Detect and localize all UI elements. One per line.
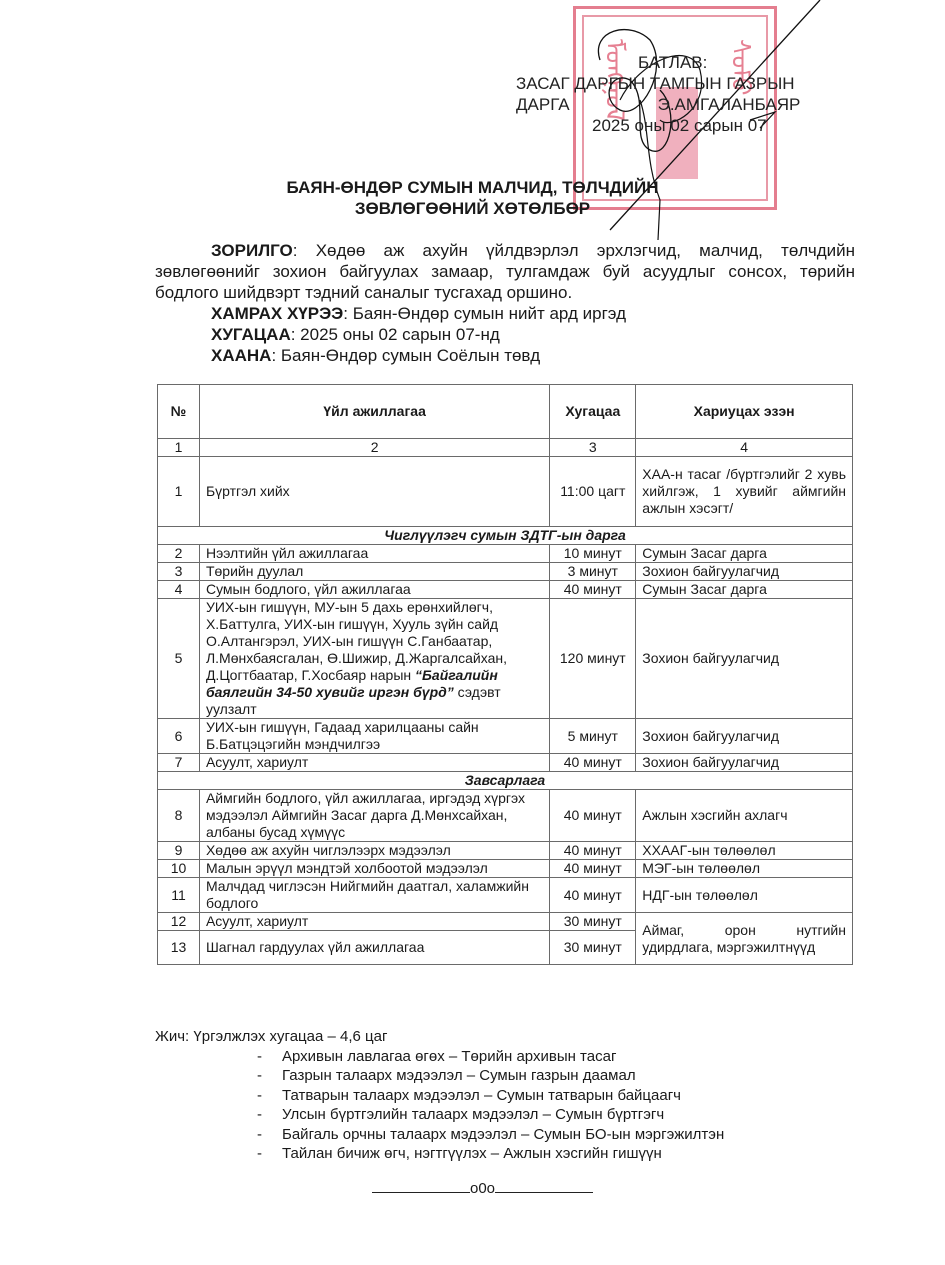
row-activity: Төрийн дуулал xyxy=(199,563,549,581)
header-activity: Үйл ажиллагаа xyxy=(199,385,549,439)
table-row: 9Хөдөө аж ахуйн чиглэлээрх мэдээлэл40 ми… xyxy=(158,842,853,860)
table-header-row: № Үйл ажиллагаа Хугацаа Хариуцах эзэн xyxy=(158,385,853,439)
row-duration: 30 минут xyxy=(550,931,636,965)
approval-name: Э.АМГАЛАНБАЯР xyxy=(658,94,801,115)
row-number: 8 xyxy=(158,790,200,842)
note-item: Газрын талаарх мэдээлэл – Сумын газрын д… xyxy=(257,1066,724,1086)
section-row: Чиглүүлэгч сумын ЗДТГ-ын дарга xyxy=(158,527,853,545)
row-activity: Шагнал гардуулах үйл ажиллагаа xyxy=(199,931,549,965)
table-row: 10Малын эрүүл мэндтэй холбоотой мэдээлэл… xyxy=(158,860,853,878)
row-number: 13 xyxy=(158,931,200,965)
row-duration: 40 минут xyxy=(550,860,636,878)
row-responsible: Зохион байгуулагчид xyxy=(636,563,853,581)
note-item: Байгаль орчны талаарх мэдээлэл – Сумын Б… xyxy=(257,1125,724,1145)
document-title: БАЯН-ӨНДӨР СУМЫН МАЛЧИД, ТӨЛЧДИЙН ЗӨВЛӨГ… xyxy=(0,177,945,219)
row-number: 2 xyxy=(158,545,200,563)
row-number: 6 xyxy=(158,719,200,754)
approval-heading: БАТЛАВ: xyxy=(516,52,800,73)
program-table: № Үйл ажиллагаа Хугацаа Хариуцах эзэн 1 … xyxy=(157,384,853,965)
approval-position: ДАРГА xyxy=(516,94,570,115)
table-row: 11Малчдад чиглэсэн Нийгмийн даатгал, хал… xyxy=(158,878,853,913)
row-responsible: Зохион байгуулагчид xyxy=(636,754,853,772)
row-number: 9 xyxy=(158,842,200,860)
table-row: 6УИХ-ын гишүүн, Гадаад харилцааны сайн Б… xyxy=(158,719,853,754)
header-duration: Хугацаа xyxy=(550,385,636,439)
column-index: 1 xyxy=(158,439,200,457)
table-row: 5 УИХ-ын гишүүн, МУ-ын 5 дахь ерөнхийлөг… xyxy=(158,599,853,719)
meta-scope-value: : Баян-Өндөр сумын нийт ард иргэд xyxy=(343,304,626,323)
row-activity: Малчдад чиглэсэн Нийгмийн даатгал, халам… xyxy=(199,878,549,913)
goal-paragraph: ЗОРИЛГО: Хөдөө аж ахуйн үйлдвэрлэл эрхлэ… xyxy=(155,240,855,303)
row-duration: 11:00 цагт xyxy=(550,457,636,527)
row-responsible: МЭГ-ын төлөөлөл xyxy=(636,860,853,878)
row-responsible: Зохион байгуулагчид xyxy=(636,719,853,754)
table-row: 12 Асуулт, хариулт 30 минут Аймаг, орон … xyxy=(158,913,853,931)
table-row: 1 Бүртгэл хийх 11:00 цагт ХАА-н тасаг /б… xyxy=(158,457,853,527)
title-line-1: БАЯН-ӨНДӨР СУМЫН МАЛЧИД, ТӨЛЧДИЙН xyxy=(0,177,945,198)
row-duration: 3 минут xyxy=(550,563,636,581)
row-responsible: НДГ-ын төлөөлөл xyxy=(636,878,853,913)
meta-scope-label: ХАМРАХ ХҮРЭЭ xyxy=(211,304,343,323)
row-activity: УИХ-ын гишүүн, Гадаад харилцааны сайн Б.… xyxy=(199,719,549,754)
column-index: 2 xyxy=(199,439,549,457)
row-number: 10 xyxy=(158,860,200,878)
meta-date-label: ХУГАЦАА xyxy=(211,325,291,344)
note-section: Жич: Үргэлжлэх хугацаа – 4,6 цаг Архивын… xyxy=(155,1027,724,1164)
row-duration: 5 минут xyxy=(550,719,636,754)
meta-place: ХААНА: Баян-Өндөр сумын Соёлын төвд xyxy=(211,345,911,366)
meta-date-value: : 2025 оны 02 сарын 07-нд xyxy=(291,325,500,344)
row-duration: 10 минут xyxy=(550,545,636,563)
note-item: Улсын бүртгэлийн талаарх мэдээлэл – Сумы… xyxy=(257,1105,724,1125)
table-row: 3Төрийн дуулал3 минутЗохион байгуулагчид xyxy=(158,563,853,581)
row-duration: 120 минут xyxy=(550,599,636,719)
section-heading-break: Завсарлага xyxy=(158,772,853,790)
row-duration: 40 минут xyxy=(550,878,636,913)
row-activity: Аймгийн бодлого, үйл ажиллагаа, иргэдэд … xyxy=(199,790,549,842)
row-number: 12 xyxy=(158,913,200,931)
header-responsible: Хариуцах эзэн xyxy=(636,385,853,439)
meta-place-label: ХААНА xyxy=(211,346,271,365)
column-index: 3 xyxy=(550,439,636,457)
row-activity: Нээлтийн үйл ажиллагаа xyxy=(199,545,549,563)
row-number: 1 xyxy=(158,457,200,527)
row-activity: Малын эрүүл мэндтэй холбоотой мэдээлэл xyxy=(199,860,549,878)
row-responsible: Ажлын хэсгийн ахлагч xyxy=(636,790,853,842)
end-mark: o0o xyxy=(372,1180,593,1197)
approval-date: 2025 оны 02 сарын 07 xyxy=(516,115,800,136)
divider-left xyxy=(372,1192,470,1193)
note-item: Татварын талаарх мэдээлэл – Сумын татвар… xyxy=(257,1086,724,1106)
row-number: 5 xyxy=(158,599,200,719)
header-number: № xyxy=(158,385,200,439)
approval-org: ЗАСАГ ДАРГЫН ТАМГЫН ГАЗРЫН xyxy=(516,73,800,94)
table-row: 2Нээлтийн үйл ажиллагаа10 минутСумын Зас… xyxy=(158,545,853,563)
row-responsible: ХАА-н тасаг /бүртгэлийг 2 хувь хийлгэж, … xyxy=(636,457,853,527)
row-responsible: ХХААГ-ын төлөөлөл xyxy=(636,842,853,860)
note-list: Архивын лавлагаа өгөх – Төрийн архивын т… xyxy=(155,1047,724,1164)
row-duration: 30 минут xyxy=(550,913,636,931)
row-duration: 40 минут xyxy=(550,842,636,860)
row-activity: Асуулт, хариулт xyxy=(199,913,549,931)
title-line-2: ЗӨВЛӨГӨӨНИЙ ХӨТӨЛБӨР xyxy=(0,198,945,219)
row-duration: 40 минут xyxy=(550,581,636,599)
row-number: 7 xyxy=(158,754,200,772)
row-duration: 40 минут xyxy=(550,754,636,772)
row-activity: Хөдөө аж ахуйн чиглэлээрх мэдээлэл xyxy=(199,842,549,860)
table-row: 8Аймгийн бодлого, үйл ажиллагаа, иргэдэд… xyxy=(158,790,853,842)
meta-place-value: : Баян-Өндөр сумын Соёлын төвд xyxy=(271,346,540,365)
goal-label: ЗОРИЛГО xyxy=(211,241,293,260)
row-activity: Бүртгэл хийх xyxy=(199,457,549,527)
row-responsible: Зохион байгуулагчид xyxy=(636,599,853,719)
row-number: 3 xyxy=(158,563,200,581)
table-row: 7Асуулт, хариулт40 минутЗохион байгуулаг… xyxy=(158,754,853,772)
row-activity: УИХ-ын гишүүн, МУ-ын 5 дахь ерөнхийлөгч,… xyxy=(199,599,549,719)
row-responsible: Аймаг, орон нутгийн удирдлага, мэргэжилт… xyxy=(636,913,853,965)
meta-scope: ХАМРАХ ХҮРЭЭ: Баян-Өндөр сумын нийт ард … xyxy=(211,303,911,324)
section-heading-moderator: Чиглүүлэгч сумын ЗДТГ-ын дарга xyxy=(158,527,853,545)
meta-date: ХУГАЦАА: 2025 оны 02 сарын 07-нд xyxy=(211,324,911,345)
section-row: Завсарлага xyxy=(158,772,853,790)
end-mark-text: o0o xyxy=(470,1180,495,1197)
note-item: Архивын лавлагаа өгөх – Төрийн архивын т… xyxy=(257,1047,724,1067)
table-row: 4Сумын бодлого, үйл ажиллагаа40 минутСум… xyxy=(158,581,853,599)
row-responsible: Сумын Засаг дарга xyxy=(636,581,853,599)
row-responsible: Сумын Засаг дарга xyxy=(636,545,853,563)
note-heading: Жич: Үргэлжлэх хугацаа – 4,6 цаг xyxy=(155,1027,724,1047)
row-number: 11 xyxy=(158,878,200,913)
approval-block: БАТЛАВ: ЗАСАГ ДАРГЫН ТАМГЫН ГАЗРЫН ДАРГА… xyxy=(516,52,800,136)
note-item: Тайлан бичиж өгч, нэгтгүүлэх – Ажлын хэс… xyxy=(257,1144,724,1164)
row-activity: Асуулт, хариулт xyxy=(199,754,549,772)
row-number: 4 xyxy=(158,581,200,599)
divider-right xyxy=(495,1192,593,1193)
column-index-row: 1 2 3 4 xyxy=(158,439,853,457)
row-duration: 40 минут xyxy=(550,790,636,842)
column-index: 4 xyxy=(636,439,853,457)
row-activity: Сумын бодлого, үйл ажиллагаа xyxy=(199,581,549,599)
